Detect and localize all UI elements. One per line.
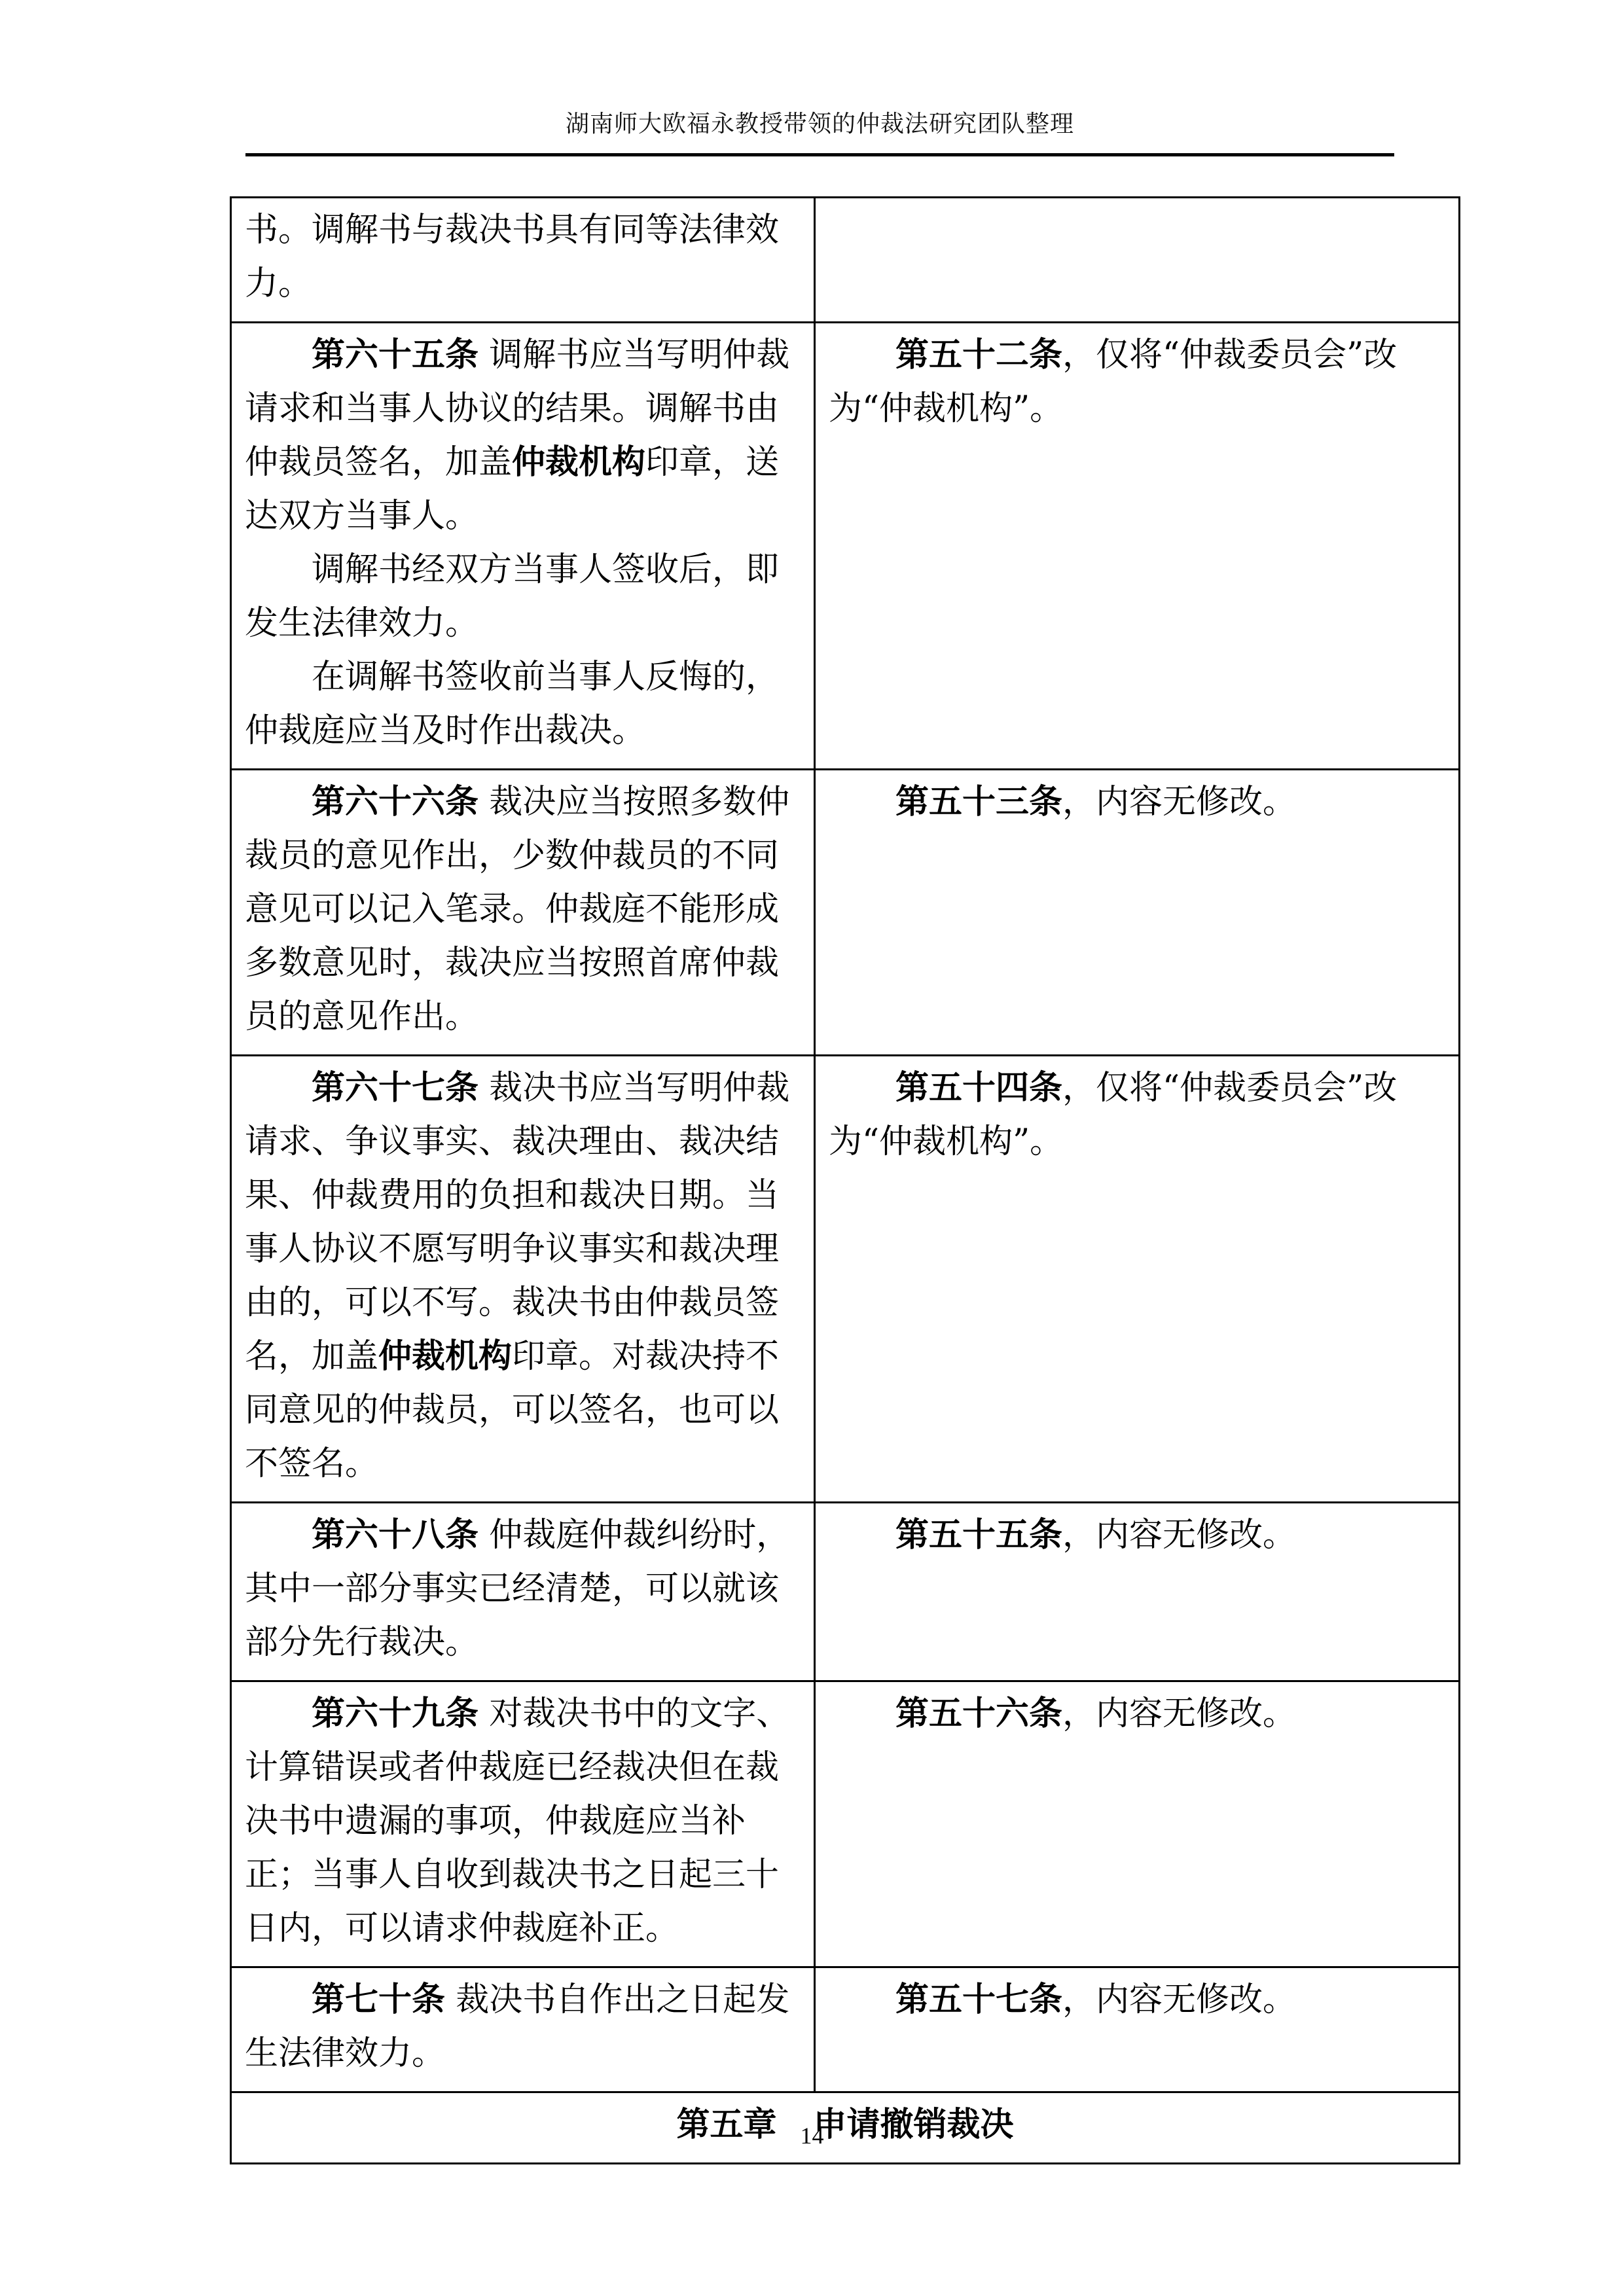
new-article-cell: 第五十七条，内容无修改。 xyxy=(815,1967,1460,2092)
new-article-cell: 第五十三条，内容无修改。 xyxy=(815,770,1460,1056)
old-article-cell: 第六十八条 仲裁庭仲裁纠纷时，其中一部分事实已经清楚，可以就该部分先行裁决。 xyxy=(231,1503,815,1681)
article-paragraph: 第六十七条 裁决书应当写明仲裁请求、争议事实、裁决理由、裁决结果、仲裁费用的负担… xyxy=(245,1062,801,1491)
article-text: 裁决书应当写明仲裁请求、争议事实、裁决理由、裁决结果、仲裁费用的负担和裁决日期。… xyxy=(245,1069,789,1376)
article-text: ，内容无修改。 xyxy=(1062,783,1296,821)
law-comparison-table: 书。调解书与裁决书具有同等法律效力。 第六十五条 调解书应当写明仲裁请求和当事人… xyxy=(230,196,1460,2164)
old-article-cell: 第六十五条 调解书应当写明仲裁请求和当事人协议的结果。调解书由仲裁员签名，加盖仲… xyxy=(231,323,815,770)
article-text: 调解书经双方当事人签收后，即发生法律效力。 xyxy=(245,550,779,643)
new-article-cell: 第五十四条，仅将“仲裁委员会”改为“仲裁机构”。 xyxy=(815,1056,1460,1503)
old-article-cell: 第七十条 裁决书自作出之日起发生法律效力。 xyxy=(231,1967,815,2092)
table-row: 第六十八条 仲裁庭仲裁纠纷时，其中一部分事实已经清楚，可以就该部分先行裁决。 第… xyxy=(231,1503,1460,1681)
table-row: 第六十九条 对裁决书中的文字、计算错误或者仲裁庭已经裁决但在裁决书中遗漏的事项，… xyxy=(231,1681,1460,1967)
article-paragraph: 第六十六条 裁决应当按照多数仲裁员的意见作出，少数仲裁员的不同意见可以记入笔录。… xyxy=(245,776,801,1044)
table-row: 第六十六条 裁决应当按照多数仲裁员的意见作出，少数仲裁员的不同意见可以记入笔录。… xyxy=(231,770,1460,1056)
article-number-bold: 仲裁机构 xyxy=(378,1337,512,1376)
old-article-cell: 第六十六条 裁决应当按照多数仲裁员的意见作出，少数仲裁员的不同意见可以记入笔录。… xyxy=(231,770,815,1056)
article-paragraph: 第六十八条 仲裁庭仲裁纠纷时，其中一部分事实已经清楚，可以就该部分先行裁决。 xyxy=(245,1509,801,1670)
article-text: ，内容无修改。 xyxy=(1062,1695,1296,1733)
revision-note: 第五十六条，内容无修改。 xyxy=(829,1687,1445,1741)
new-article-cell: 第五十二条，仅将“仲裁委员会”改为“仲裁机构”。 xyxy=(815,323,1460,770)
article-number-bold: 第六十八条 xyxy=(312,1516,478,1554)
article-number-bold: 第五十五条 xyxy=(895,1516,1062,1554)
page-number: 14 xyxy=(0,2119,1624,2152)
new-article-cell xyxy=(815,198,1460,323)
article-paragraph: 第六十五条 调解书应当写明仲裁请求和当事人协议的结果。调解书由仲裁员签名，加盖仲… xyxy=(245,329,801,543)
article-number-bold: 第五十四条 xyxy=(895,1069,1062,1107)
article-text: ，内容无修改。 xyxy=(1062,1516,1296,1554)
article-number-bold: 第六十五条 xyxy=(312,336,478,374)
article-paragraph: 在调解书签收前当事人反悔的，仲裁庭应当及时作出裁决。 xyxy=(245,651,801,758)
article-text: 书。调解书与裁决书具有同等法律效力。 xyxy=(245,211,779,303)
revision-note: 第五十二条，仅将“仲裁委员会”改为“仲裁机构”。 xyxy=(829,329,1445,436)
revision-note: 第五十五条，内容无修改。 xyxy=(829,1509,1445,1562)
article-text: ，内容无修改。 xyxy=(1062,1981,1296,2019)
article-number-bold: 第六十六条 xyxy=(312,783,478,821)
new-article-cell: 第五十六条，内容无修改。 xyxy=(815,1681,1460,1967)
old-article-cell: 书。调解书与裁决书具有同等法律效力。 xyxy=(231,198,815,323)
article-number-bold: 第五十七条 xyxy=(895,1981,1062,2019)
article-number-bold: 第五十二条 xyxy=(895,336,1062,374)
article-number-bold: 仲裁机构 xyxy=(512,443,645,482)
table-row: 第六十五条 调解书应当写明仲裁请求和当事人协议的结果。调解书由仲裁员签名，加盖仲… xyxy=(231,323,1460,770)
new-article-cell: 第五十五条，内容无修改。 xyxy=(815,1503,1460,1681)
revision-note: 第五十三条，内容无修改。 xyxy=(829,776,1445,829)
table-row: 第七十条 裁决书自作出之日起发生法律效力。 第五十七条，内容无修改。 xyxy=(231,1967,1460,2092)
page-header-title: 湖南师大欧福永教授带领的仲裁法研究团队整理 xyxy=(245,105,1394,144)
article-paragraph: 第六十九条 对裁决书中的文字、计算错误或者仲裁庭已经裁决但在裁决书中遗漏的事项，… xyxy=(245,1687,801,1956)
article-number-bold: 第五十三条 xyxy=(895,783,1062,821)
article-paragraph: 书。调解书与裁决书具有同等法律效力。 xyxy=(245,204,801,311)
article-text: 在调解书签收前当事人反悔的，仲裁庭应当及时作出裁决。 xyxy=(245,658,779,750)
revision-note: 第五十四条，仅将“仲裁委员会”改为“仲裁机构”。 xyxy=(829,1062,1445,1169)
old-article-cell: 第六十七条 裁决书应当写明仲裁请求、争议事实、裁决理由、裁决结果、仲裁费用的负担… xyxy=(231,1056,815,1503)
article-number-bold: 第六十七条 xyxy=(312,1069,478,1107)
old-article-cell: 第六十九条 对裁决书中的文字、计算错误或者仲裁庭已经裁决但在裁决书中遗漏的事项，… xyxy=(231,1681,815,1967)
table-body: 书。调解书与裁决书具有同等法律效力。 第六十五条 调解书应当写明仲裁请求和当事人… xyxy=(231,198,1460,2164)
article-paragraph: 调解书经双方当事人签收后，即发生法律效力。 xyxy=(245,543,801,651)
header-rule xyxy=(245,153,1394,156)
article-paragraph: 第七十条 裁决书自作出之日起发生法律效力。 xyxy=(245,1973,801,2081)
article-number-bold: 第六十九条 xyxy=(312,1695,478,1733)
table-row: 第六十七条 裁决书应当写明仲裁请求、争议事实、裁决理由、裁决结果、仲裁费用的负担… xyxy=(231,1056,1460,1503)
table-row: 书。调解书与裁决书具有同等法律效力。 xyxy=(231,198,1460,323)
revision-note: 第五十七条，内容无修改。 xyxy=(829,1973,1445,2027)
article-number-bold: 第五十六条 xyxy=(895,1695,1062,1733)
article-number-bold: 第七十条 xyxy=(312,1981,445,2019)
